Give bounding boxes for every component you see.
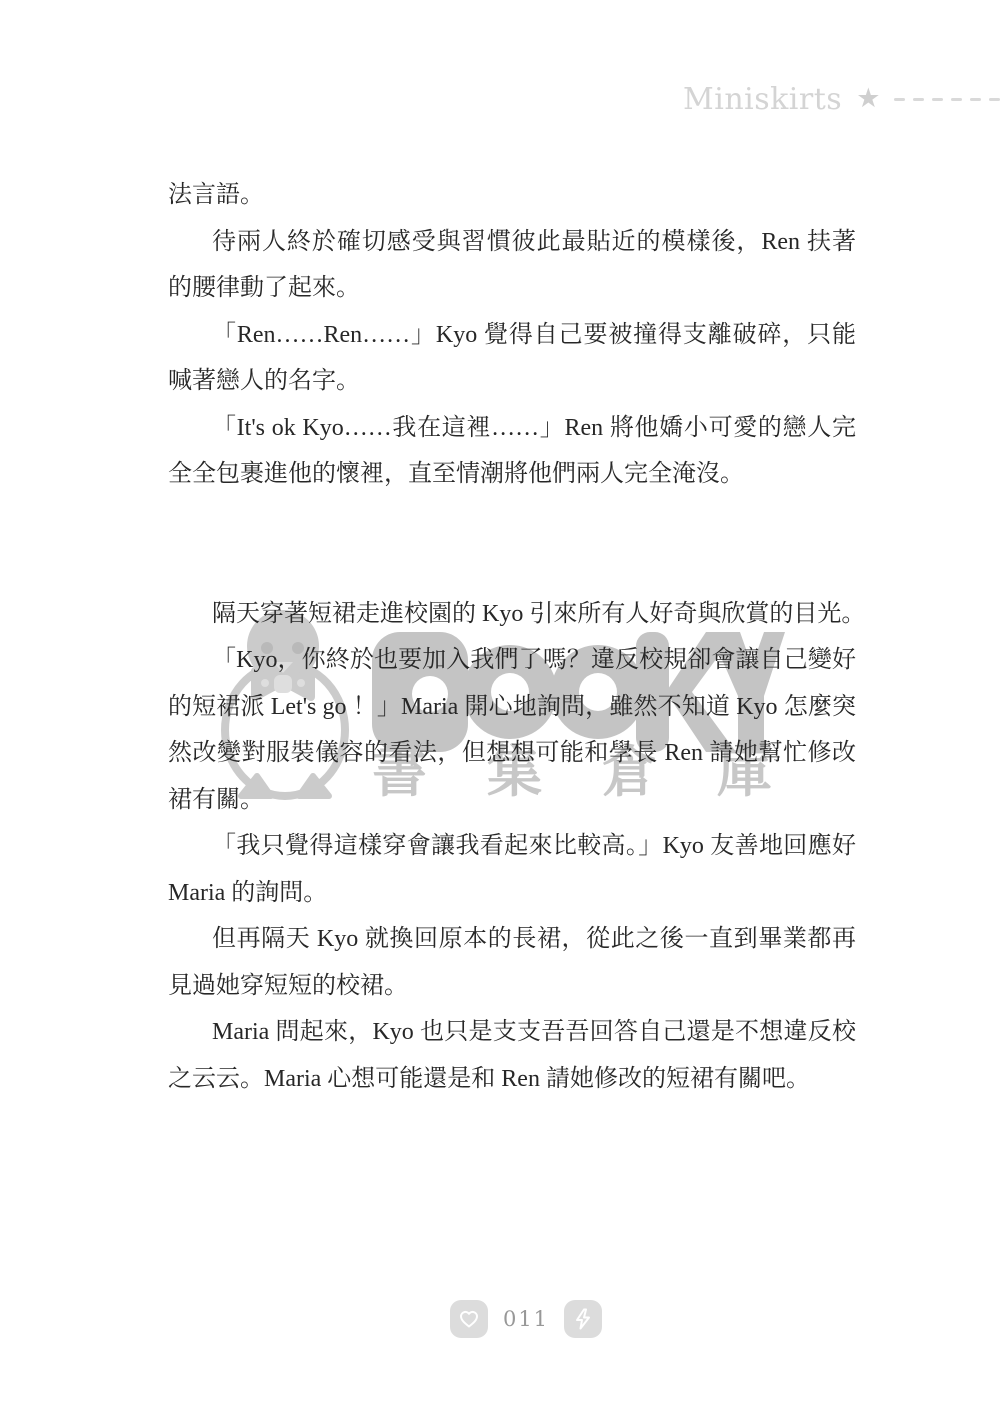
text-line: 見過她穿短短的校裙。 — [168, 963, 856, 1010]
dash-row — [894, 98, 1000, 101]
text-line: 待兩人終於確切感受與習慣彼此最貼近的模樣後，Ren 扶著 Kyo — [168, 219, 856, 266]
heart-icon — [458, 1308, 480, 1330]
text-line: 「我只覺得這樣穿會讓我看起來比較高。」Kyo 友善地回應好友 — [168, 823, 856, 870]
page-header: Miniskirts ★ — [683, 80, 1000, 118]
text-line: 法言語。 — [168, 172, 856, 219]
lightning-icon — [573, 1308, 593, 1330]
text-line: 「It's ok Kyo……我在這裡……」Ren 將他嬌小可愛的戀人完完 — [168, 405, 856, 452]
text-line: 之云云。Maria 心想可能還是和 Ren 請她修改的短裙有關吧。 — [168, 1056, 856, 1103]
text-block: 法言語。待兩人終於確切感受與習慣彼此最貼近的模樣後，Ren 扶著 Kyo的腰律動… — [168, 172, 856, 1102]
page-number: 011 — [503, 1307, 549, 1331]
text-line: Maria 問起來，Kyo 也只是支支吾吾回答自己還是不想違反校規 — [168, 1009, 856, 1056]
text-line: 隔天穿著短裙走進校園的 Kyo 引來所有人好奇與欣賞的目光。 — [168, 591, 856, 638]
text-line: 的腰律動了起來。 — [168, 265, 856, 312]
text-line: 然改變對服裝儀容的看法，但想想可能和學長 Ren 請她幫忙修改的短 — [168, 730, 856, 777]
dash-icon — [894, 98, 905, 101]
text-line: 全全包裹進他的懷裡，直至情潮將他們兩人完全淹沒。 — [168, 451, 856, 498]
text-line: 「Ren……Ren……」Kyo 覺得自己要被撞得支離破碎，只能哭 — [168, 312, 856, 359]
text-line: Maria 的詢問。 — [168, 870, 856, 917]
dash-icon — [970, 98, 981, 101]
blank-line — [168, 498, 856, 545]
text-line: 「Kyo，你終於也要加入我們了嗎？違反校規卻會讓自己變好看 — [168, 637, 856, 684]
page-footer: 011 — [450, 1300, 602, 1338]
dash-icon — [932, 98, 943, 101]
dash-icon — [951, 98, 962, 101]
blank-line — [168, 544, 856, 591]
text-line: 但再隔天 Kyo 就換回原本的長裙，從此之後一直到畢業都再也沒 — [168, 916, 856, 963]
dash-icon — [989, 98, 1000, 101]
text-line: 喊著戀人的名字。 — [168, 358, 856, 405]
star-icon: ★ — [856, 85, 880, 112]
text-line: 的短裙派 Let's go ！」Maria 開心地詢問，雖然不知道 Kyo 怎麼… — [168, 684, 856, 731]
like-button[interactable] — [450, 1300, 488, 1338]
flash-button[interactable] — [564, 1300, 602, 1338]
text-line: 裙有關。 — [168, 777, 856, 824]
dash-icon — [913, 98, 924, 101]
running-title: Miniskirts — [683, 82, 842, 117]
